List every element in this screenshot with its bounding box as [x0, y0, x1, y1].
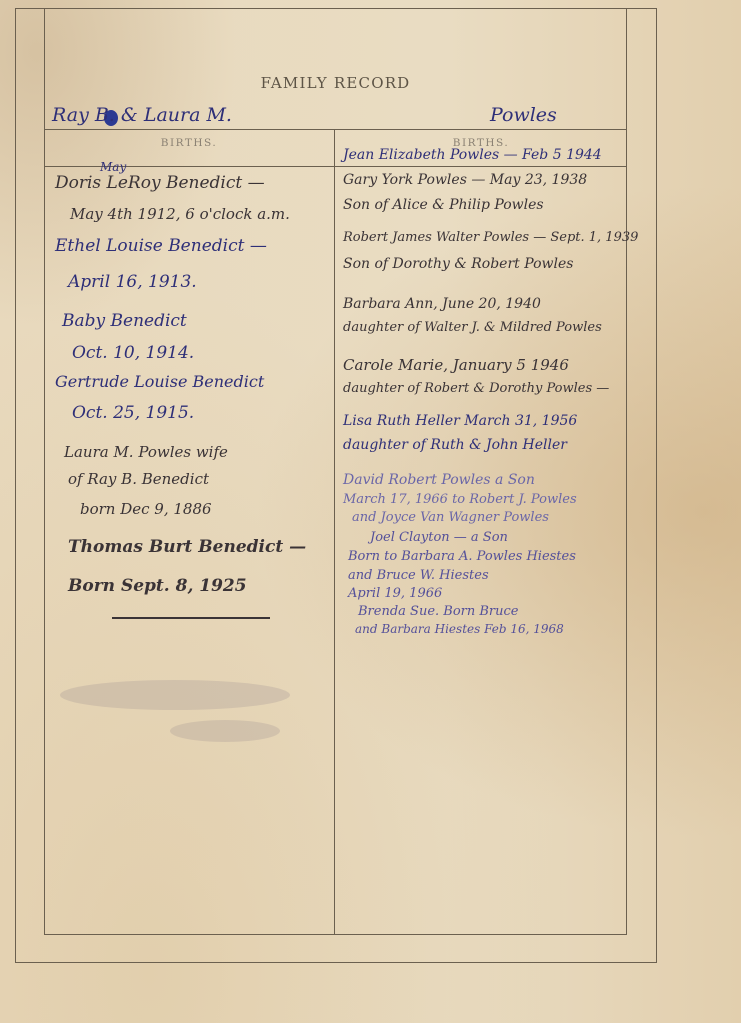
entry-david-parents-cont: and Joyce Van Wagner Powles: [352, 510, 549, 525]
pencil-offset-stain: [170, 720, 280, 742]
entry-baby-date: Oct. 10, 1914.: [72, 343, 194, 363]
family-surname: Powles: [490, 104, 557, 126]
entry-doris-date: May 4th 1912, 6 o'clock a.m.: [70, 205, 290, 223]
header-rule: [44, 129, 627, 130]
entry-joel-name: Joel Clayton — a Son: [370, 530, 508, 545]
entry-gertrude-name: Gertrude Louise Benedict: [55, 372, 264, 391]
entry-doris-name: Doris LeRoy Benedict —: [55, 173, 265, 193]
entry-david-name: David Robert Powles a Son: [343, 472, 535, 488]
entry-lisa-parents: daughter of Ruth & John Heller: [343, 437, 567, 453]
entry-laura-line3: born Dec 9, 1886: [80, 500, 212, 518]
entry-baby-name: Baby Benedict: [62, 311, 187, 331]
entry-joel-parents-cont: and Bruce W. Hiestes: [348, 568, 489, 583]
entry-laura-line2: of Ray B. Benedict: [68, 470, 209, 488]
entry-brenda-name: Brenda Sue. Born Bruce: [358, 604, 519, 619]
entry-thomas-name: Thomas Burt Benedict —: [68, 537, 306, 557]
entry-david-parents: March 17, 1966 to Robert J. Powles: [343, 492, 577, 507]
entry-ethel-date: April 16, 1913.: [68, 272, 197, 292]
pencil-offset-stain: [60, 680, 290, 710]
entry-robert-name: Robert James Walter Powles — Sept. 1, 19…: [343, 230, 638, 245]
entry-laura-line1: Laura M. Powles wife: [64, 443, 228, 461]
entry-ethel-name: Ethel Louise Benedict —: [55, 236, 267, 256]
entry-joel-parents: Born to Barbara A. Powles Hiestes: [348, 549, 576, 564]
entry-gertrude-date: Oct. 25, 1915.: [72, 403, 194, 423]
page-title: FAMILY RECORD: [44, 74, 627, 92]
entry-barbara-name: Barbara Ann, June 20, 1940: [343, 296, 541, 312]
entry-lisa-name: Lisa Ruth Heller March 31, 1956: [343, 413, 577, 429]
entry-jean: Jean Elizabeth Powles — Feb 5 1944: [343, 147, 602, 163]
entry-gary-parents: Son of Alice & Philip Powles: [343, 197, 544, 213]
left-column-heading: BIRTHS.: [44, 137, 334, 149]
entry-carole-parents: daughter of Robert & Dorothy Powles —: [343, 381, 609, 396]
entry-thomas-underline: [112, 617, 270, 619]
entry-robert-parents: Son of Dorothy & Robert Powles: [343, 256, 573, 272]
column-divider: [334, 129, 335, 935]
entry-carole-name: Carole Marie, January 5 1946: [343, 356, 569, 374]
entry-brenda-parents: and Barbara Hiestes Feb 16, 1968: [355, 622, 564, 636]
column-heading-rule: [44, 166, 627, 167]
family-names: Ray B. & Laura M.: [52, 104, 232, 126]
entry-joel-date: April 19, 1966: [348, 586, 442, 601]
entry-doris-insert: May: [100, 160, 126, 174]
entry-gary-name: Gary York Powles — May 23, 1938: [343, 172, 587, 188]
entry-thomas-date: Born Sept. 8, 1925: [68, 576, 247, 596]
entry-barbara-parents: daughter of Walter J. & Mildred Powles: [343, 320, 602, 335]
